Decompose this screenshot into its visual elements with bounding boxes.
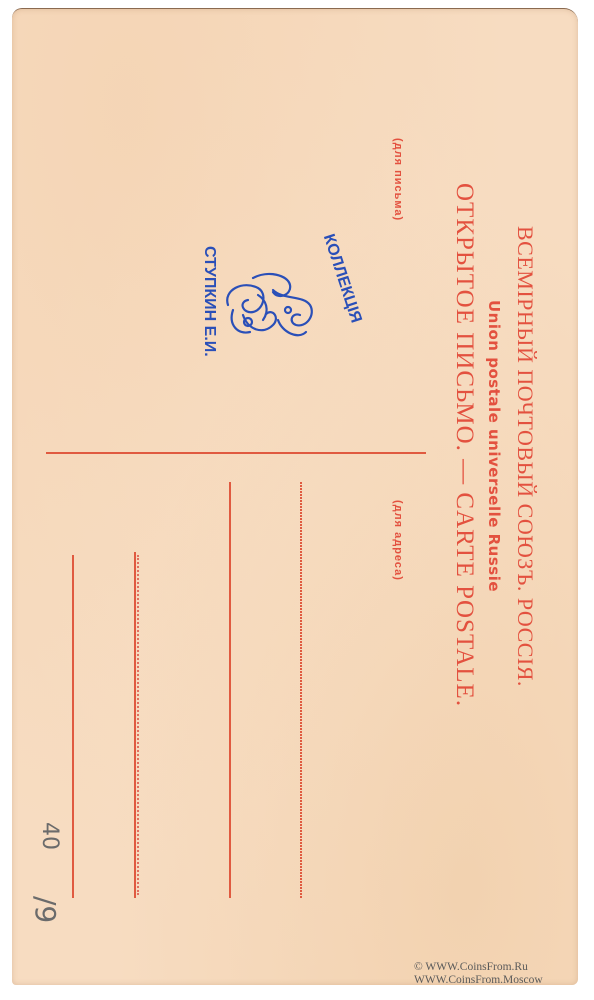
watermark-line-2: WWW.CoinsFrom.Moscow [414, 974, 543, 987]
address-line-1 [229, 482, 231, 898]
label-for-letter: (для письма) [392, 138, 404, 221]
address-line-4 [72, 555, 74, 898]
header-universal-postal-union: ВСЕМІРНЫЙ ПОЧТОВЫЙ СОЮЗЪ. РОССІЯ. [512, 226, 538, 687]
header-union-postale: Union postale universelle Russie [485, 300, 503, 592]
address-line-3-dotted [137, 555, 141, 895]
address-line-2 [300, 482, 302, 898]
pencil-note-9: /9 [29, 896, 62, 923]
label-for-address: (для адреса) [392, 500, 404, 581]
divider-line [46, 452, 426, 454]
monogram-ornament-icon [218, 270, 323, 345]
address-line-3 [134, 552, 136, 898]
watermark-line-1: © WWW.CoinsFrom.Ru [414, 961, 543, 974]
collector-name: СТУПКИН Е.И. [200, 246, 218, 357]
header-carte-postale: ОТКРЫТОЕ ПИСЬМО. — CARTE POSTALE. [450, 183, 478, 707]
watermark: © WWW.CoinsFrom.Ru WWW.CoinsFrom.Moscow [414, 961, 543, 987]
pencil-note-40: 40 [37, 822, 62, 850]
